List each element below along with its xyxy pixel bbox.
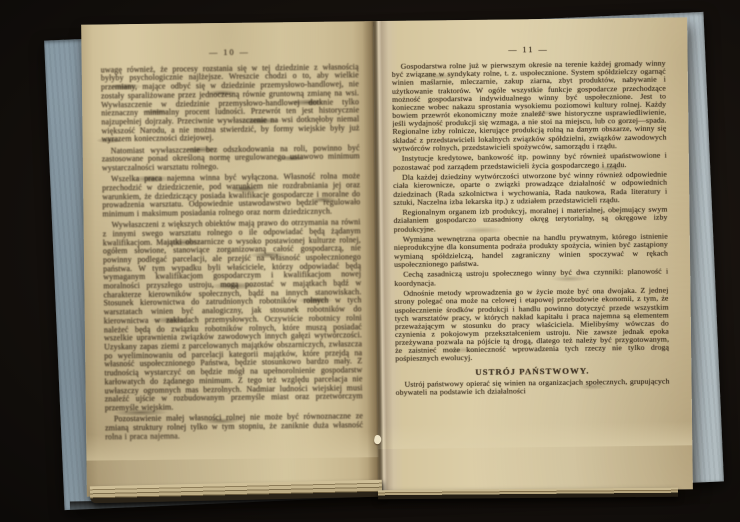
- right-page-closing-paragraphs: Ustrój państwowy opierać się winien na o…: [396, 378, 670, 398]
- paragraph: Pozostawienie małej własności rolnej nie…: [105, 412, 363, 441]
- right-page-paragraphs: Gospodarstwa rolne już w pierwszym okres…: [392, 60, 670, 364]
- section-heading: USTRÓJ PAŃSTWOWY.: [395, 365, 669, 377]
- paragraph: Wywłaszczeni z większych obiektów mają p…: [103, 218, 363, 413]
- paragraph: Odnośnie metody wprowadzenia go w życie …: [394, 287, 669, 364]
- left-page-paragraphs: uwagę również, że procesy rozstania się …: [101, 63, 364, 442]
- paragraph: Wymiana wewnętrzna oparta obecnie na han…: [394, 233, 668, 269]
- paragraph: Gospodarstwa rolne już w pierwszym okres…: [392, 60, 667, 153]
- paragraph: Instytucje kredytowe, bankowość itp. pow…: [393, 152, 667, 172]
- paragraph: Natomiast wywłaszczenie bez odszkodowani…: [102, 144, 360, 173]
- paragraph: Ustrój państwowy opierać się winien na o…: [396, 378, 670, 398]
- open-page-spread: — 10 — uwagę również, że procesy rozstan…: [81, 17, 693, 496]
- paragraph: Regionalnym organem izb produkcyj, moral…: [393, 206, 667, 234]
- paragraph: Cechą zasadniczą ustroju społecznego win…: [394, 268, 668, 288]
- paragraph: Dla każdej dziedziny wytwórczości utworz…: [393, 171, 667, 207]
- paragraph: Wszelka praca najemna winna być wyłączon…: [102, 172, 361, 219]
- right-page: — 11 — Gospodarstwa rolne już w pierwszy…: [373, 17, 693, 493]
- left-page-number: — 10 —: [100, 47, 358, 59]
- right-page-number: — 11 —: [391, 45, 665, 57]
- left-page-text: — 10 — uwagę również, że procesy rozstan…: [100, 47, 363, 470]
- photographed-book-scene: — 10 — uwagę również, że procesy rozstan…: [0, 0, 740, 522]
- paragraph: uwagę również, że procesy rozstania się …: [101, 63, 360, 144]
- right-page-text: — 11 — Gospodarstwa rolne już w pierwszy…: [391, 45, 670, 467]
- left-page: — 10 — uwagę również, że procesy rozstan…: [81, 21, 379, 497]
